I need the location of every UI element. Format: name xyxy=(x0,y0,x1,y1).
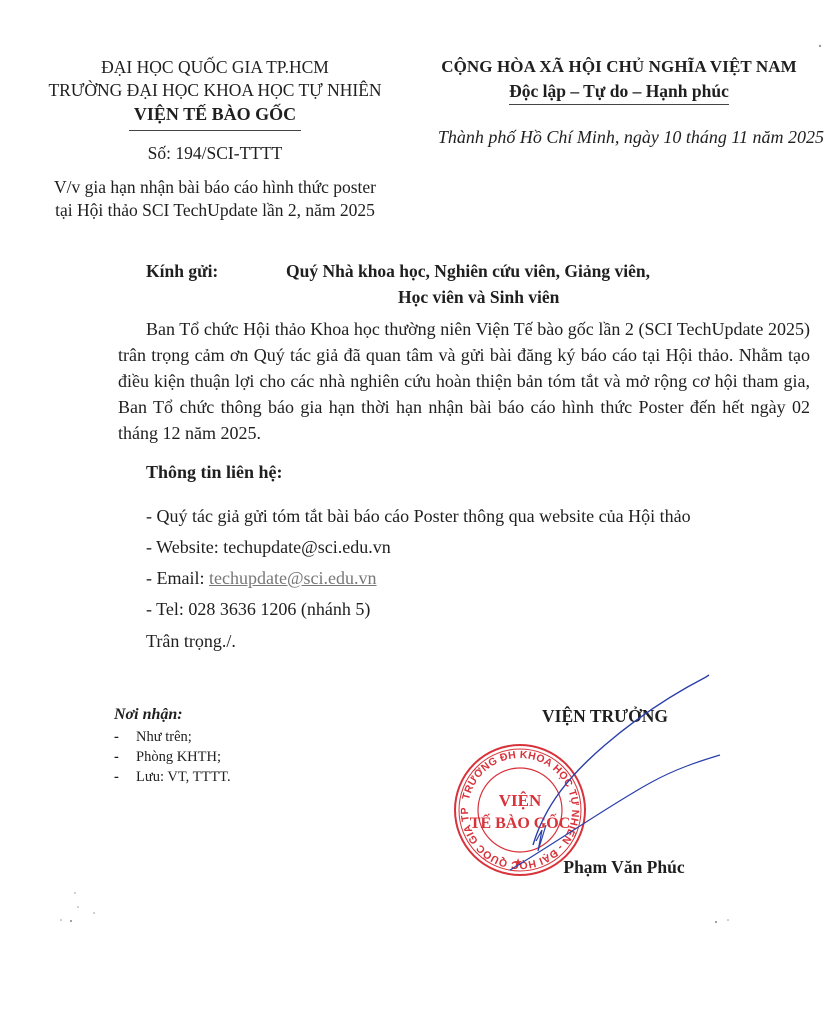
national-motto: Độc lập – Tự do – Hạnh phúc xyxy=(509,79,729,105)
school-name: TRƯỜNG ĐẠI HỌC KHOA HỌC TỰ NHIÊN xyxy=(20,79,410,102)
institute-underline xyxy=(129,130,301,131)
contact-info: Thông tin liên hệ: - Quý tác giả gửi tóm… xyxy=(146,459,786,659)
recipients-list: Nơi nhận: -Như trên; -Phòng KHTH; -Lưu: … xyxy=(114,705,231,787)
subject-line-2: tại Hội thảo SCI TechUpdate lần 2, năm 2… xyxy=(20,199,410,222)
website-label: - Website: xyxy=(146,537,223,557)
salutation-label: Kính gửi: xyxy=(146,258,266,284)
document-number: Số: 194/SCI-TTTT xyxy=(20,142,410,165)
document-subject: V/v gia hạn nhận bài báo cáo hình thức p… xyxy=(20,176,410,222)
submission-note: - Quý tác giả gửi tóm tắt bài báo cáo Po… xyxy=(146,503,786,529)
signatory-name: Phạm Văn Phúc xyxy=(490,857,720,878)
bullet-dash-icon: - xyxy=(114,727,119,747)
place-and-date: Thành phố Hồ Chí Minh, ngày 10 tháng 11 … xyxy=(412,127,826,148)
signatory-title: VIỆN TRƯỞNG xyxy=(490,706,720,727)
contact-heading: Thông tin liên hệ: xyxy=(146,459,786,485)
recipient-item: -Lưu: VT, TTTT. xyxy=(114,767,231,787)
body-paragraph: Ban Tổ chức Hội thảo Khoa học thường niê… xyxy=(118,316,810,446)
svg-text:TẾ BÀO GỐC: TẾ BÀO GỐC xyxy=(470,812,570,832)
bullet-dash-icon: - xyxy=(114,747,119,767)
bullet-dash-icon: - xyxy=(114,767,119,787)
salutation-recipients-line-2: Học viên và Sinh viên xyxy=(398,284,559,310)
closing-remark: Trân trọng./. xyxy=(146,628,786,654)
institute-name: VIỆN TẾ BÀO GỐC xyxy=(20,103,410,126)
recipient-item: -Phòng KHTH; xyxy=(114,747,231,767)
university-name: ĐẠI HỌC QUỐC GIA TP.HCM xyxy=(20,56,410,79)
email-line: - Email: techupdate@sci.edu.vn xyxy=(146,565,786,591)
website-line: - Website: techupdate@sci.edu.vn xyxy=(146,534,786,560)
recipients-title: Nơi nhận: xyxy=(114,705,231,725)
svg-text:VIỆN: VIỆN xyxy=(499,791,542,810)
national-header: CỘNG HÒA XÃ HỘI CHỦ NGHĨA VIỆT NAM Độc l… xyxy=(412,55,826,148)
website-value: techupdate@sci.edu.vn xyxy=(223,537,391,557)
nation-title: CỘNG HÒA XÃ HỘI CHỦ NGHĨA VIỆT NAM xyxy=(412,55,826,79)
phone-line: - Tel: 028 3636 1206 (nhánh 5) xyxy=(146,596,786,622)
issuer-header: ĐẠI HỌC QUỐC GIA TP.HCM TRƯỜNG ĐẠI HỌC K… xyxy=(20,56,410,222)
subject-line-1: V/v gia hạn nhận bài báo cáo hình thức p… xyxy=(20,176,410,199)
email-link[interactable]: techupdate@sci.edu.vn xyxy=(209,568,377,588)
recipient-item: -Như trên; xyxy=(114,727,231,747)
salutation-recipients-line-1: Quý Nhà khoa học, Nghiên cứu viên, Giảng… xyxy=(286,258,650,284)
email-label: - Email: xyxy=(146,568,209,588)
